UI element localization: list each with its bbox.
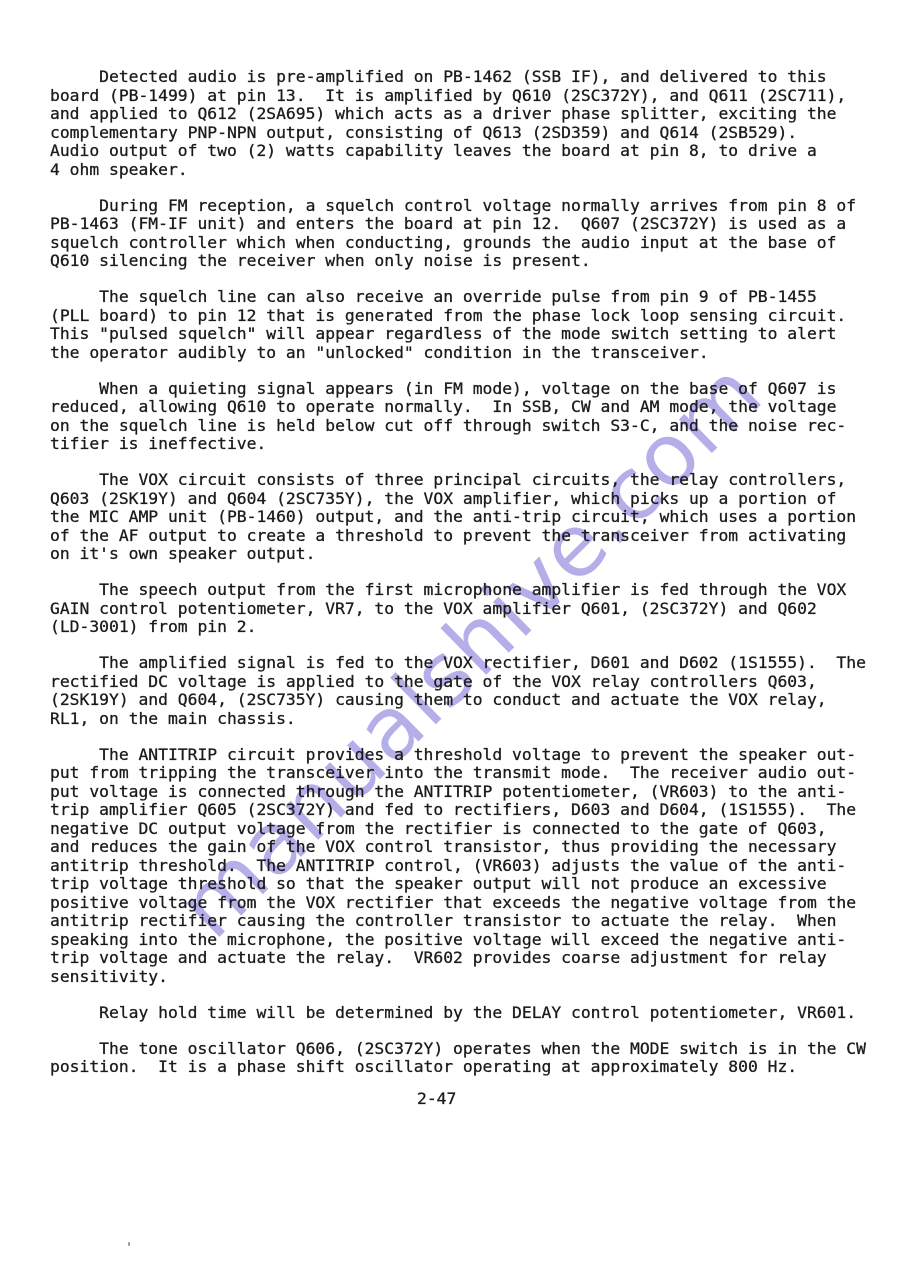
manual-page: manualshive.com Detected audio is pre-am… bbox=[0, 0, 915, 1262]
paragraph-antitrip: The ANTITRIP circuit provides a threshol… bbox=[50, 746, 890, 987]
document-text: Detected audio is pre-amplified on PB-14… bbox=[50, 68, 890, 1094]
paragraph-detected-audio: Detected audio is pre-amplified on PB-14… bbox=[50, 68, 890, 179]
paragraph-tone-oscillator: The tone oscillator Q606, (2SC372Y) oper… bbox=[50, 1040, 890, 1077]
paragraph-amplified-signal: The amplified signal is fed to the VOX r… bbox=[50, 654, 890, 728]
page-number: 2-47 bbox=[417, 1090, 456, 1109]
paragraph-speech-output: The speech output from the first microph… bbox=[50, 581, 890, 637]
paragraph-fm-squelch: During FM reception, a squelch control v… bbox=[50, 197, 890, 271]
paragraph-quieting-signal: When a quieting signal appears (in FM mo… bbox=[50, 380, 890, 454]
paragraph-relay-hold: Relay hold time will be determined by th… bbox=[50, 1004, 890, 1023]
paragraph-vox-circuit: The VOX circuit consists of three princi… bbox=[50, 471, 890, 564]
scan-speck bbox=[128, 1242, 130, 1246]
paragraph-squelch-override: The squelch line can also receive an ove… bbox=[50, 288, 890, 362]
